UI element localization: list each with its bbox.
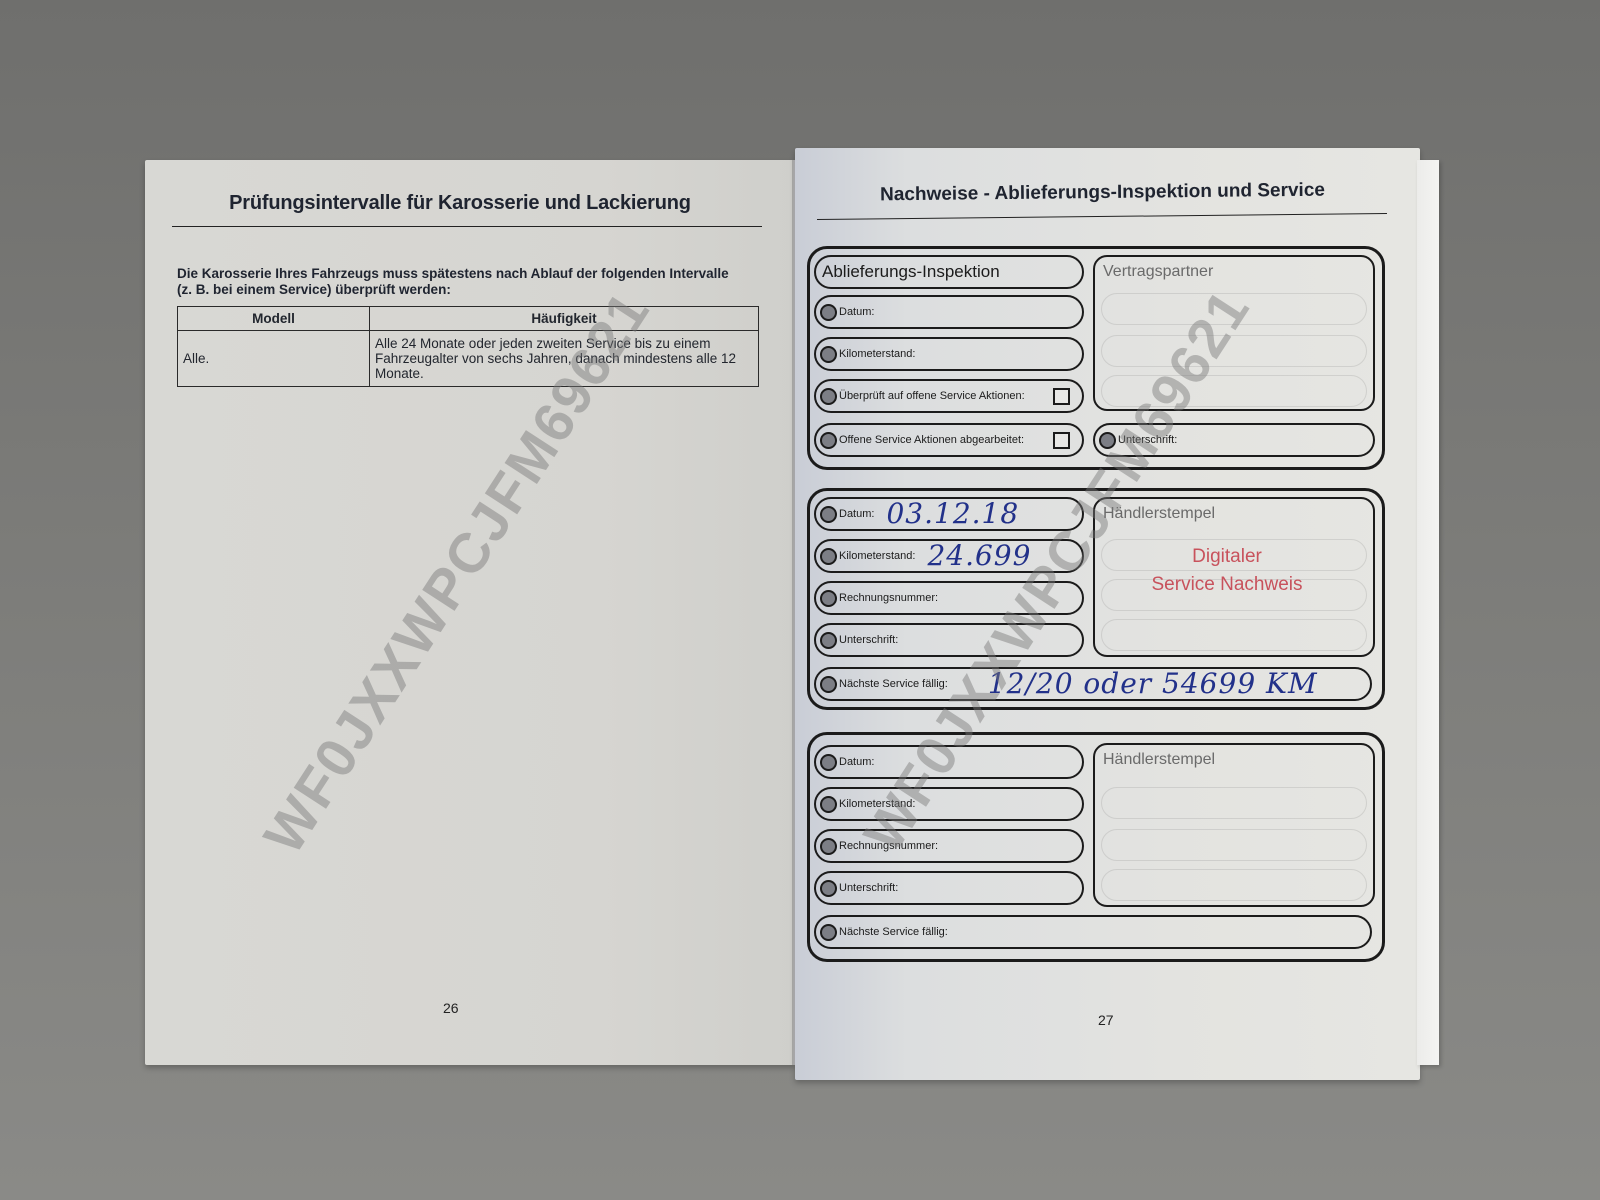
field-signature[interactable]: Unterschrift: (814, 871, 1084, 905)
handwritten-date: 03.12.18 (886, 500, 1019, 528)
page-27: Nachweise - Ablieferungs-Inspektion und … (795, 148, 1420, 1080)
column-header-model: Modell (178, 307, 370, 331)
bullet-icon (820, 346, 837, 363)
bullet-icon (820, 632, 837, 649)
bullet-icon (820, 590, 837, 607)
field-service-actions-done: Offene Service Aktionen abgearbeitet: (814, 423, 1084, 457)
bullet-icon (820, 676, 837, 693)
cell-model: Alle. (178, 331, 370, 387)
checkbox-checked-service-actions[interactable] (1053, 388, 1070, 405)
handwritten-mileage: 24.699 (927, 542, 1031, 570)
field-next-service[interactable]: Nächste Service fällig: (814, 915, 1372, 949)
bullet-icon (820, 796, 837, 813)
bullet-icon (820, 388, 837, 405)
handwritten-next-service: 12/20 oder 54699 KM (988, 670, 1318, 698)
bullet-icon (820, 924, 837, 941)
delivery-inspection-block: Ablieferungs-Inspektion Datum: Kilometer… (807, 246, 1385, 470)
field-next-service[interactable]: Nächste Service fällig: 12/20 oder 54699… (814, 667, 1372, 701)
dealer-stamp-box: Händlerstempel Digitaler Service Nachwei… (1093, 497, 1375, 657)
interval-table: Modell Häufigkeit Alle. Alle 24 Monate o… (177, 306, 759, 387)
delivery-inspection-heading: Ablieferungs-Inspektion (814, 255, 1084, 289)
title-divider (172, 226, 762, 227)
field-mileage[interactable]: Kilometerstand: (814, 337, 1084, 371)
bullet-icon (820, 506, 837, 523)
service-booklet: Prüfungsintervalle für Karosserie und La… (0, 0, 1600, 1200)
intro-text: Die Karosserie Ihres Fahrzeugs muss spät… (177, 266, 747, 298)
show-through-row (1101, 829, 1367, 861)
field-date[interactable]: Datum: (814, 295, 1084, 329)
digital-stamp-line1: Digitaler (1107, 543, 1347, 571)
page-number: 27 (1098, 1012, 1114, 1028)
bullet-icon (820, 754, 837, 771)
table-header-row: Modell Häufigkeit (178, 307, 759, 331)
field-date[interactable]: Datum: 03.12.18 (814, 497, 1084, 531)
page-26: Prüfungsintervalle für Karosserie und La… (145, 160, 795, 1065)
dealer-stamp-label: Händlerstempel (1103, 751, 1215, 769)
page-stack-edge (1417, 160, 1439, 1065)
column-header-frequency: Häufigkeit (370, 307, 759, 331)
title-divider (817, 213, 1387, 220)
bullet-icon (820, 304, 837, 321)
bullet-icon (820, 838, 837, 855)
page-title: Nachweise - Ablieferungs-Inspektion und … (795, 179, 1410, 207)
show-through-row (1101, 869, 1367, 901)
checkbox-service-actions-done[interactable] (1053, 432, 1070, 449)
bullet-icon (820, 880, 837, 897)
show-through-row (1101, 787, 1367, 819)
partner-label: Vertragspartner (1103, 263, 1213, 281)
show-through-row (1101, 619, 1367, 651)
dealer-stamp-box: Händlerstempel (1093, 743, 1375, 907)
table-row: Alle. Alle 24 Monate oder jeden zweiten … (178, 331, 759, 387)
bullet-icon (820, 548, 837, 565)
page-number: 26 (443, 1000, 459, 1016)
digital-stamp-line2: Service Nachweis (1107, 571, 1347, 599)
field-checked-service-actions: Überprüft auf offene Service Aktionen: (814, 379, 1084, 413)
field-invoice-number[interactable]: Rechnungsnummer: (814, 829, 1084, 863)
page-title: Prüfungsintervalle für Karosserie und La… (145, 192, 775, 215)
bullet-icon (820, 432, 837, 449)
